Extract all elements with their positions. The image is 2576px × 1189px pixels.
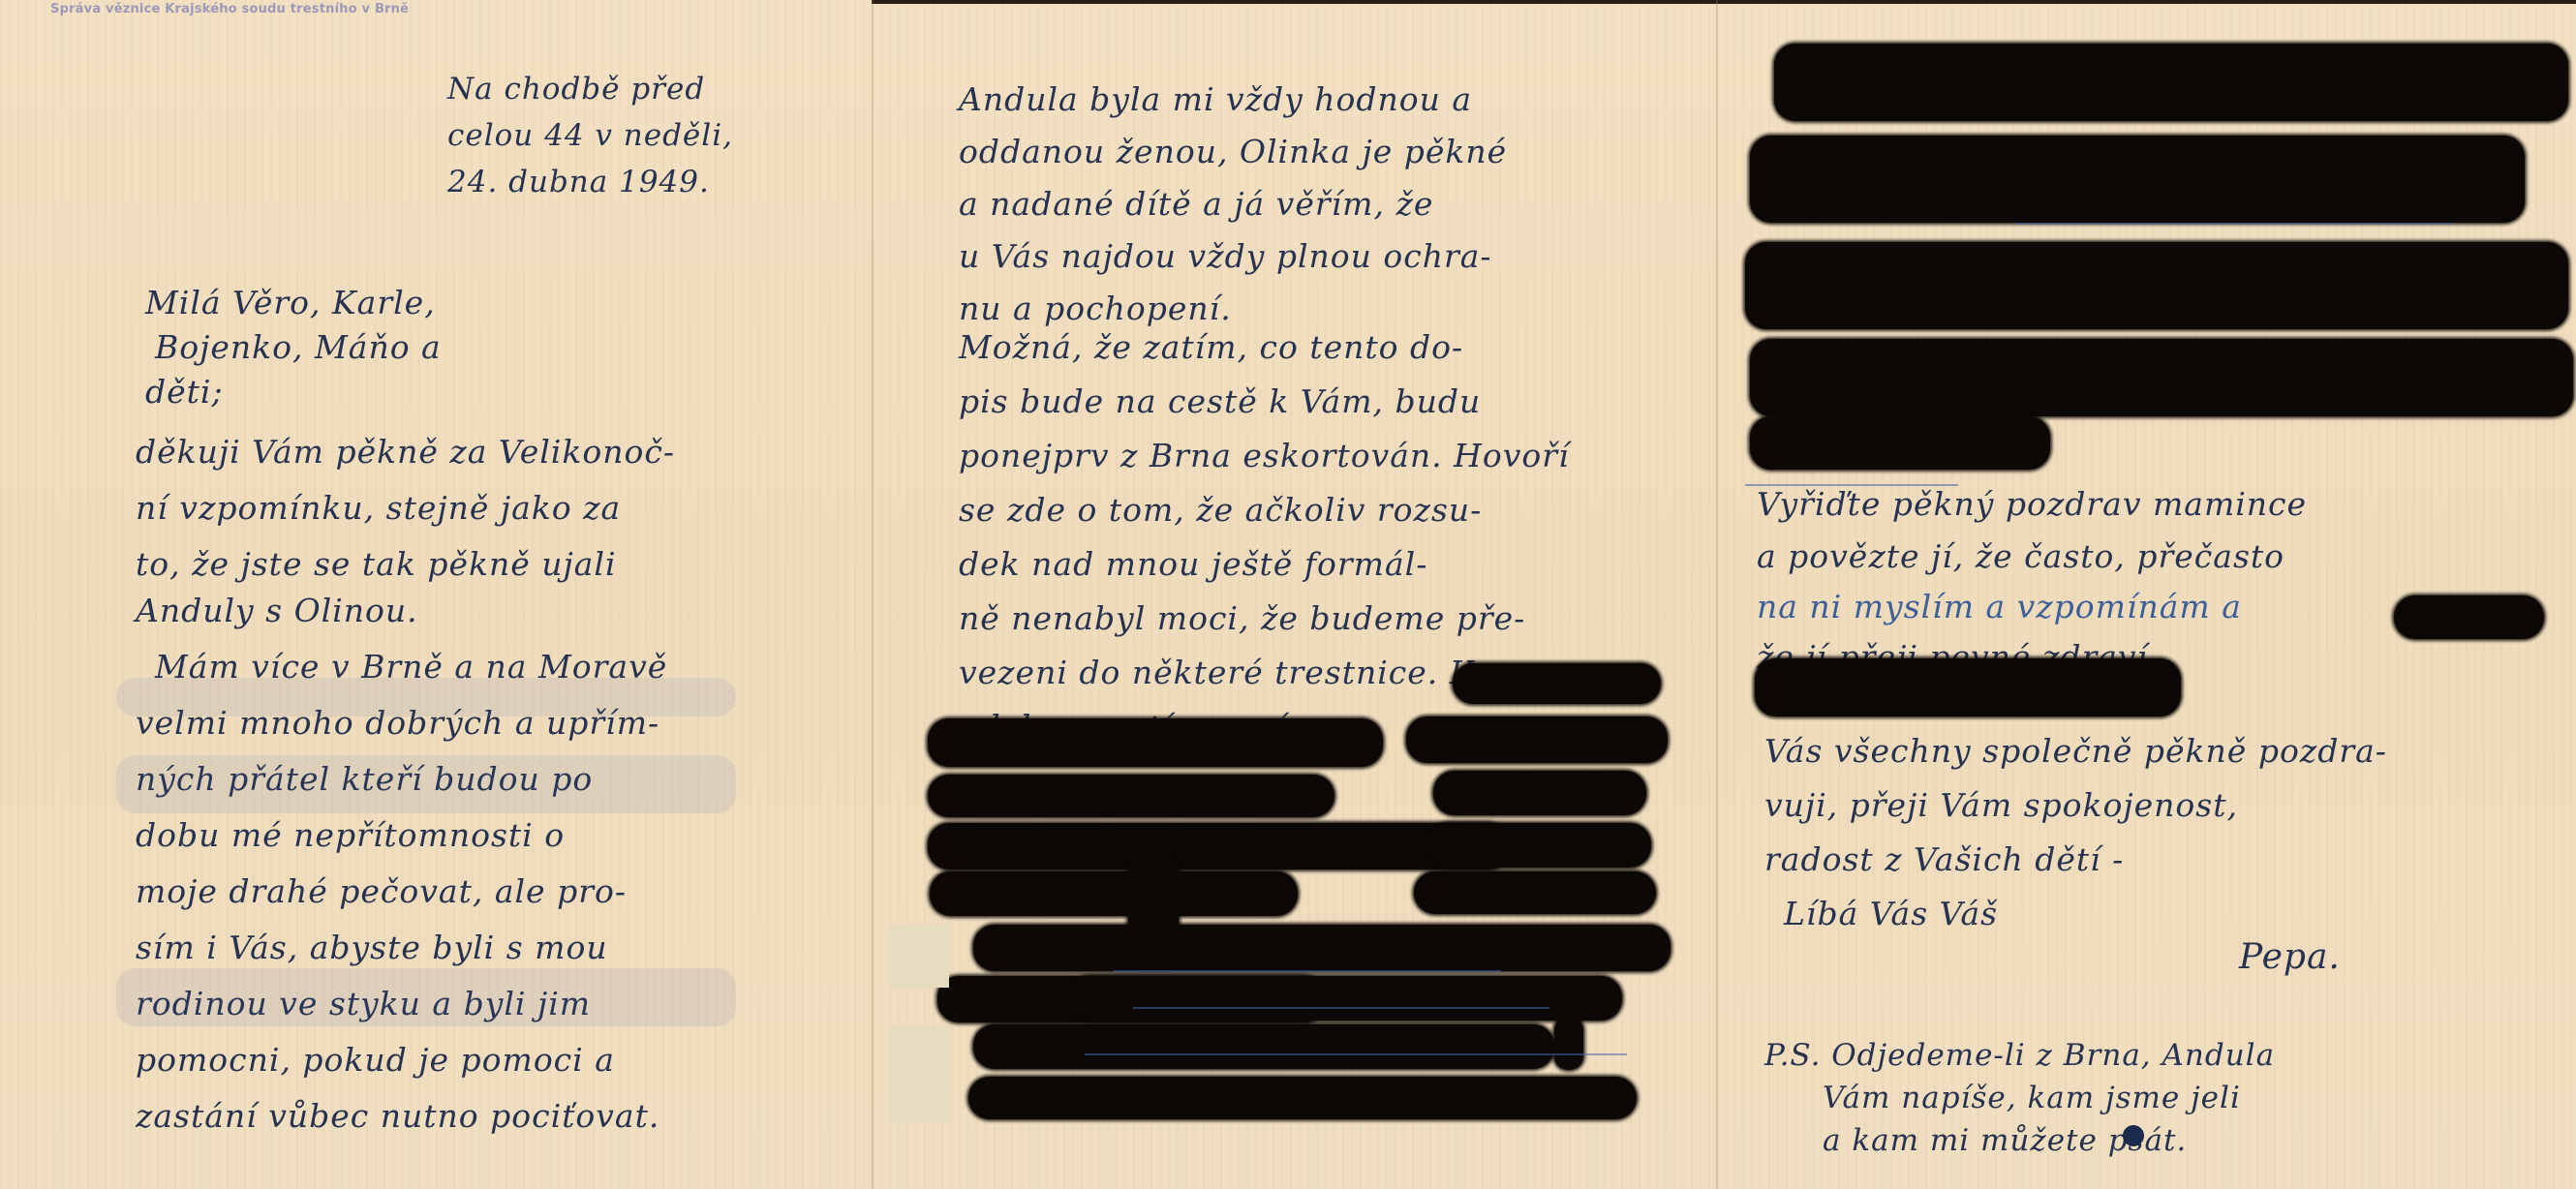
body-line: oddanou ženou, Olinka je pěkné (959, 126, 1570, 178)
right-body-text: Vyřiďte pěkný pozdrav mamince a povězte … (1757, 476, 2307, 686)
redaction-block (973, 1024, 1554, 1069)
redaction-block (928, 823, 1509, 869)
redaction-block (1750, 416, 2050, 470)
scan-patch (889, 925, 949, 988)
pencil-smudge (116, 968, 736, 1026)
salutation-line: Milá Věro, Karle, (145, 281, 442, 325)
postscript: P.S. Odjedeme-li z Brna, Andula Vám napí… (1764, 1034, 2275, 1162)
redaction-block (1428, 823, 1651, 868)
redaction-block (1755, 658, 2181, 716)
letter-panel-middle: Andula byla mi vždy hodnou a oddanou žen… (872, 0, 1716, 1189)
body-line: nu a pochopení. (959, 283, 1570, 321)
body-line: pomocni, pokud je pomoci a (136, 1032, 675, 1088)
closing-line: Vás všechny společně pěkně pozdra- (1764, 724, 2387, 778)
body-line: Vyřiďte pěkný pozdrav mamince (1757, 476, 2307, 533)
redaction-block (2394, 595, 2544, 639)
body-line: zastání vůbec nutno pociťovat. (136, 1088, 675, 1144)
pencil-line (1085, 1053, 1627, 1055)
redaction-block (1453, 663, 1661, 704)
salutation: Milá Věro, Karle, Bojenko, Máňo a děti; (145, 281, 442, 414)
body-line: ní vzpomínku, stejně jako za (136, 480, 675, 536)
body-line: na ni myslím a vzpomínám a (1757, 579, 2307, 635)
redaction-block (1750, 136, 2525, 223)
scan-edge (872, 0, 1716, 4)
body-line: se zde o tom, že ačkoliv rozsu- (959, 484, 1570, 538)
body-line: Možná, že zatím, co tento do- (959, 321, 1570, 376)
signature: Pepa. (2239, 930, 2341, 986)
header-line: 24. dubna 1949. (447, 159, 733, 205)
pencil-smudge (116, 678, 736, 716)
redaction-block (1750, 339, 2573, 416)
body-line: u Vás najdou vždy plnou ochra- (959, 230, 1570, 283)
letter-panel-right: Vyřiďte pěkný pozdrav mamince a povězte … (1716, 0, 2576, 1189)
scan-patch (889, 1026, 949, 1123)
body-line: ponejprv z Brna eskortován. Hovoří (959, 430, 1570, 484)
salutation-line: Bojenko, Máňo a (145, 325, 442, 370)
body-line: a nadané dítě a já věřím, že (959, 178, 1570, 230)
body-line: a povězte jí, že často, přečasto (1757, 529, 2307, 585)
body-line: Andula byla mi vždy hodnou a (959, 74, 1570, 126)
prison-stamp: Správa věznice Krajského soudu trestního… (50, 2, 409, 16)
pencil-line (1133, 1007, 1549, 1009)
body-line: ně nenabyl moci, že budeme pře- (959, 593, 1570, 647)
fold-line (872, 0, 874, 1189)
salutation-line: děti; (145, 370, 442, 414)
redaction-block (1070, 976, 1622, 1021)
redaction-block (928, 718, 1383, 767)
body-line: pis bude na cestě k Vám, budu (959, 376, 1570, 430)
redaction-block (928, 775, 1334, 817)
redaction-block (973, 925, 1671, 971)
letter-panel-left: Správa věznice Krajského soudu trestního… (0, 0, 872, 1189)
redaction-block (1745, 242, 2568, 329)
closing-text: Vás všechny společně pěkně pozdra- vuji,… (1764, 724, 2387, 941)
postscript-line: P.S. Odjedeme-li z Brna, Andula (1764, 1034, 2275, 1077)
redaction-block (1554, 1017, 1583, 1070)
fold-line (1716, 0, 1718, 1189)
redaction-block (930, 871, 1298, 916)
date-location-header: Na chodbě před celou 44 v neděli, 24. du… (447, 66, 733, 205)
body-line: děkuji Vám pěkně za Velikonoč- (136, 424, 675, 480)
postscript-line: a kam mi můžete psát. (1764, 1119, 2275, 1162)
body-line: moje drahé pečovat, ale pro- (136, 864, 675, 920)
middle-body-text: Andula byla mi vždy hodnou a oddanou žen… (959, 74, 1570, 755)
header-line: celou 44 v neděli, (447, 112, 733, 159)
pencil-smudge (116, 755, 736, 813)
redaction-block (1414, 871, 1656, 914)
pencil-line (1114, 970, 1501, 972)
redaction-block (1433, 771, 1646, 815)
redaction-block (1774, 44, 2568, 121)
pencil-line (2016, 223, 2452, 225)
redaction-block (1406, 716, 1668, 763)
header-line: Na chodbě před (447, 66, 733, 112)
body-line: dobu mé nepřítomnosti o (136, 808, 675, 864)
ink-blot (2123, 1125, 2144, 1146)
closing-line: radost z Vašich dětí - (1764, 833, 2387, 887)
redaction-block (968, 1077, 1637, 1119)
closing-line: vuji, přeji Vám spokojenost, (1764, 778, 2387, 833)
postscript-line: Vám napíše, kam jsme jeli (1764, 1077, 2275, 1119)
scan-edge (1716, 0, 2576, 4)
body-line: dek nad mnou ještě formál- (959, 538, 1570, 593)
letter-scan: Správa věznice Krajského soudu trestního… (0, 0, 2576, 1189)
